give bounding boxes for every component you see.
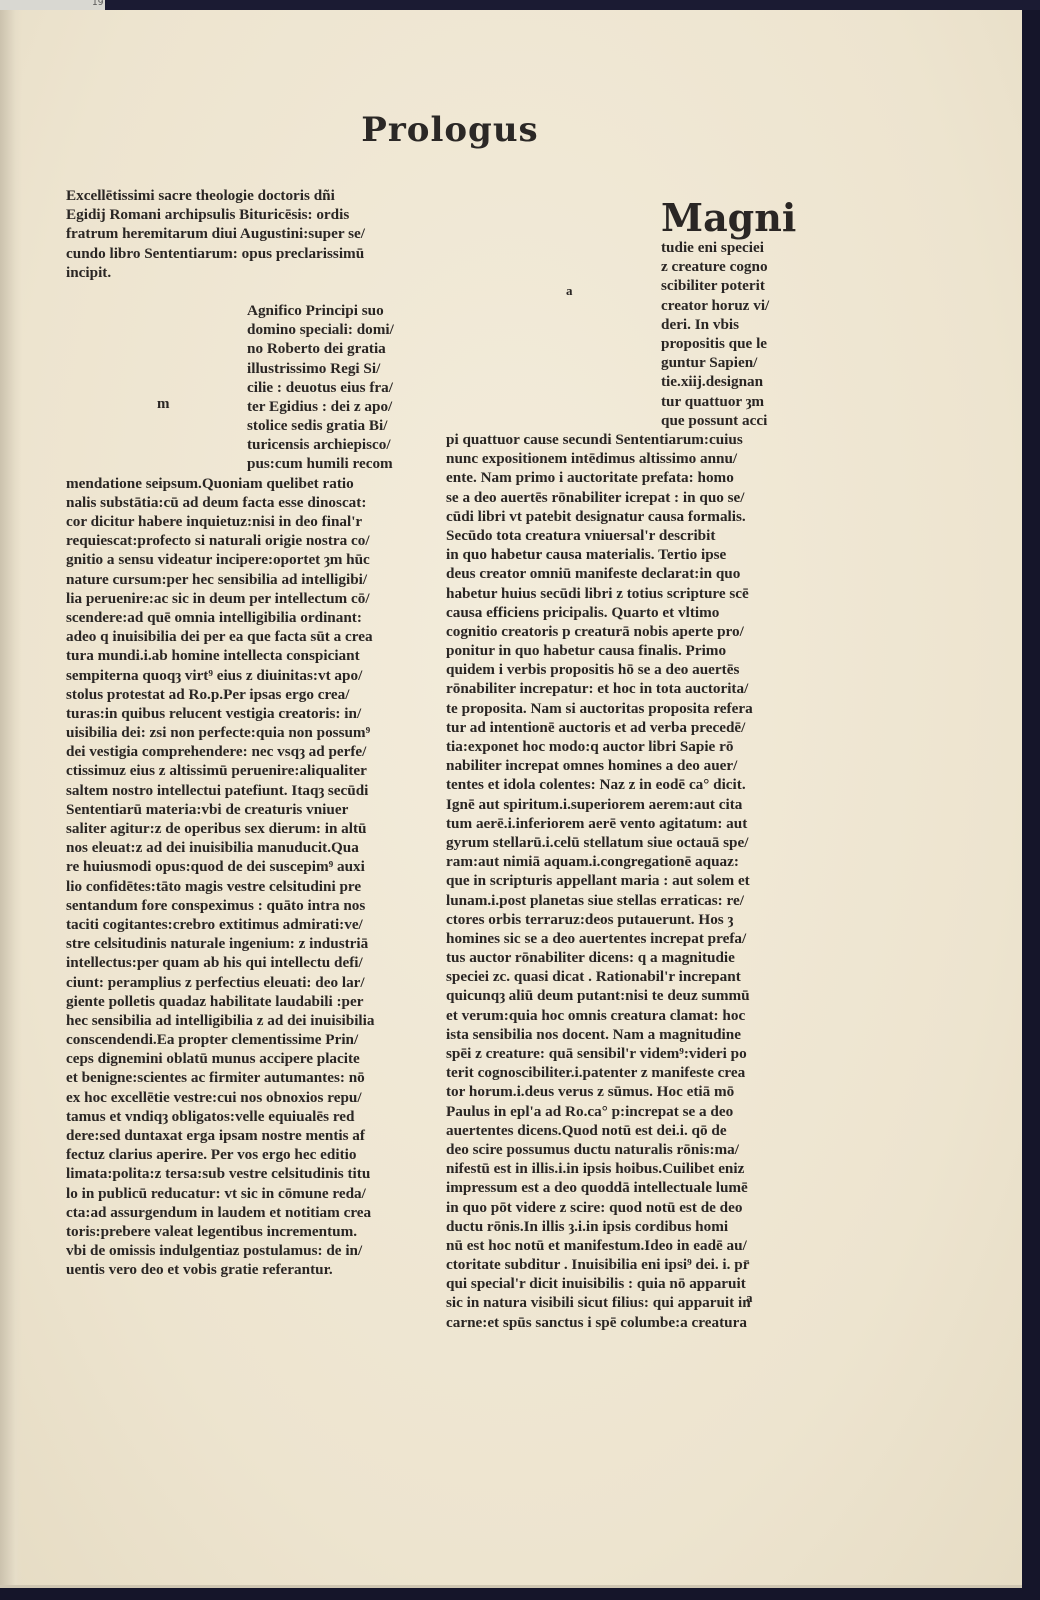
text-line: sempiterna quoqȝ virt⁹ eius z diuinitas:… xyxy=(66,666,394,685)
text-line: dei vestigia comprehendere: nec vsqȝ ad … xyxy=(66,742,394,761)
text-line: limata:polita:z tersa:sub vestre celsitu… xyxy=(66,1164,394,1183)
text-line: tentes et idola colentes: Naz z in eodē … xyxy=(446,775,753,794)
dedication-indented: Agnifico Principi suodomino speciali: do… xyxy=(66,301,394,474)
text-line: in quo pōt videre z scire: quod notū est… xyxy=(446,1198,753,1217)
text-line: Paulus in epl'a ad Ro.ca° p:increpat se … xyxy=(446,1102,753,1121)
left-column: Excellētissimi sacre theologie doctoris … xyxy=(66,186,394,1280)
text-line: conscendendi.Ea propter clementissime Pr… xyxy=(66,1030,394,1049)
text-line: Sententiarū materia:vbi de creaturis vni… xyxy=(66,800,394,819)
text-line: tum aerē.i.inferiorem aerē vento agitatu… xyxy=(446,814,753,833)
frame-number: 19 xyxy=(92,0,103,8)
text-line: domino speciali: domi/ xyxy=(66,320,394,339)
text-line: carne:et spūs sanctus i spē columbe:a cr… xyxy=(446,1313,753,1332)
text-line: adeo q inuisibilia dei per ea que facta … xyxy=(66,627,394,646)
text-line: Ignē aut spiritum.i.superiorem aerem:aut… xyxy=(446,795,753,814)
text-line: ram:aut nimiā aquam.i.congregationē aqua… xyxy=(446,852,753,871)
text-line: deus creator omniū manifeste declarat:in… xyxy=(446,564,753,583)
text-line: pi quattuor cause secundi Sententiarum:c… xyxy=(446,430,753,449)
text-line: ctores orbis terraruz:deos putauerunt. H… xyxy=(446,910,753,929)
text-line: fectuz clarius aperire. Per vos ergo hec… xyxy=(66,1145,394,1164)
text-line: te proposita. Nam si auctoritas proposit… xyxy=(446,699,753,718)
text-line: nifestū est in illis.i.in ipsis hoibus.C… xyxy=(446,1159,753,1178)
text-line: ceps dignemini oblatū munus accipere pla… xyxy=(66,1049,394,1068)
text-line: saliter agitur:z de operibus sex dierum:… xyxy=(66,819,394,838)
text-line: tie.xiij.designan xyxy=(661,372,796,391)
text-line: nabiliter increpat omnes homines a deo a… xyxy=(446,756,753,775)
text-line: tura mundi.i.ab homine intellecta conspi… xyxy=(66,646,394,665)
text-line: turas:in quibus relucent vestigia creato… xyxy=(66,704,394,723)
initial-word: Magni xyxy=(661,198,796,238)
text-line: et benigne:scientes ac firmiter autumant… xyxy=(66,1068,394,1087)
text-line: ista sensibilia nos docent. Nam a magnit… xyxy=(446,1025,753,1044)
text-line: ctissimuz eius z altissimū peruenire:ali… xyxy=(66,761,394,780)
text-line: quidem i verbis propositis hō se a deo a… xyxy=(446,660,753,679)
text-line: ductu rōnis.In illis ȝ.i.in ipsis cordib… xyxy=(446,1217,753,1236)
text-line: stolus protestat ad Ro.p.Per ipsas ergo … xyxy=(66,685,394,704)
scanner-top-strip: 19 xyxy=(0,0,1040,10)
text-line: nos eleuat:z ad dei inuisibilia manuduci… xyxy=(66,838,394,857)
text-line: nū est hoc notū et manifestum.Ideo in ea… xyxy=(446,1236,753,1255)
right-column-top: Magni tudie eni specieiz creature cognos… xyxy=(661,198,796,430)
text-line: no Roberto dei gratia xyxy=(66,339,394,358)
text-line: propositis que le xyxy=(661,334,796,353)
text-line: cilie : deuotus eius fra/ xyxy=(66,378,394,397)
text-line: nunc expositionem intēdimus altissimo an… xyxy=(446,449,753,468)
text-line: tur ad intentionē auctoris et ad verba p… xyxy=(446,718,753,737)
text-line: taciti cogitantes:crebro extitimus admir… xyxy=(66,915,394,934)
text-line: vbi de omissis indulgentiaz postulamus: … xyxy=(66,1241,394,1260)
text-line: ter Egidius : dei z apo/ xyxy=(66,397,394,416)
text-line: que possunt acci xyxy=(661,411,796,430)
text-line: uentis vero deo et vobis gratie referant… xyxy=(66,1260,394,1279)
text-line: tamus et vndiqȝ obligatos:velle equiualē… xyxy=(66,1107,394,1126)
text-line: scendere:ad quē omnia intelligibilia ord… xyxy=(66,608,394,627)
text-line: tor horum.i.deus verus z sūmus. Hoc etiā… xyxy=(446,1082,753,1101)
text-line: Egidij Romani archipsulis Bituricēsis: o… xyxy=(66,205,394,224)
text-line: cor dicitur habere inquietuz:nisi in deo… xyxy=(66,512,394,531)
text-line: deri. In vbis xyxy=(661,315,796,334)
text-line: lunam.i.post planetas siue stellas errat… xyxy=(446,891,753,910)
text-line: Agnifico Principi suo xyxy=(66,301,394,320)
running-title: Prologus xyxy=(0,110,900,150)
text-line: requiescat:profecto si naturali origie n… xyxy=(66,531,394,550)
text-line: sic in natura visibili sicut filius: qui… xyxy=(446,1293,753,1312)
text-line: impressum est a deo quoddā intellectuale… xyxy=(446,1178,753,1197)
guide-letter-a: a xyxy=(566,283,573,299)
text-line: ponitur in quo habetur causa finalis. Pr… xyxy=(446,641,753,660)
text-line: se a deo auertēs rōnabiliter icrepat : i… xyxy=(446,488,753,507)
signature-mark: a xyxy=(746,1290,753,1306)
text-line: re huiusmodi opus:quod de dei suscepim⁹ … xyxy=(66,857,394,876)
right-body-text: pi quattuor cause secundi Sententiarum:c… xyxy=(446,430,753,1332)
text-line: creator horuz vi/ xyxy=(661,296,796,315)
calibration-strip xyxy=(0,0,105,10)
text-line: fratrum heremitarum diui Augustini:super… xyxy=(66,224,394,243)
text-line: illustrissimo Regi Si/ xyxy=(66,359,394,378)
text-line: ente. Nam primo i auctoritate prefata: h… xyxy=(446,468,753,487)
text-line: rōnabiliter increpatur: et hoc in tota a… xyxy=(446,679,753,698)
text-line: ex hoc excellētie vestre:cui nos obnoxio… xyxy=(66,1088,394,1107)
text-line: in quo habetur causa materialis. Tertio … xyxy=(446,545,753,564)
text-line: saltem nostro intellectui patefiunt. Ita… xyxy=(66,781,394,800)
text-line: habetur huius secūdi libri z totius scri… xyxy=(446,584,753,603)
text-line: terit cognoscibiliter.i.patenter z manif… xyxy=(446,1063,753,1082)
text-line: dere:sed duntaxat erga ipsam nostre ment… xyxy=(66,1126,394,1145)
text-line: auertentes dicens.Quod notū est dei.i. q… xyxy=(446,1121,753,1140)
text-line: incipit. xyxy=(66,263,394,282)
text-line: que in scripturis appellant maria : aut … xyxy=(446,871,753,890)
text-line: z creature cogno xyxy=(661,257,796,276)
text-line: deo scire possumus ductu naturalis rōnis… xyxy=(446,1140,753,1159)
text-line: stolice sedis gratia Bi/ xyxy=(66,416,394,435)
text-line: tur quattuor ȝm xyxy=(661,392,796,411)
text-line: stre celsitudinis naturale ingenium: z i… xyxy=(66,934,394,953)
text-line: cundo libro Sententiarum: opus preclaris… xyxy=(66,244,394,263)
text-line: hec sensibilia ad intelligibilia z ad de… xyxy=(66,1011,394,1030)
text-line: lia peruenire:ac sic in deum per intelle… xyxy=(66,589,394,608)
text-line: Excellētissimi sacre theologie doctoris … xyxy=(66,186,394,205)
text-line: guntur Sapien/ xyxy=(661,353,796,372)
text-line: cognitio creatoris p creaturā nobis aper… xyxy=(446,622,753,641)
text-line: lo in publicū reducatur: vt sic in cōmun… xyxy=(66,1184,394,1203)
text-line: Secūdo tota creatura vniuersal'r describ… xyxy=(446,526,753,545)
text-line: tia:exponet hoc modo:q auctor libri Sapi… xyxy=(446,737,753,756)
text-line: ciunt: peramplius z perfectius eleuati: … xyxy=(66,973,394,992)
right-narrow-lines: tudie eni specieiz creature cognoscibili… xyxy=(661,238,796,430)
text-line: quicunqȝ aliū deum putant:nisi te deuz s… xyxy=(446,986,753,1005)
book-page: Prologus Excellētissimi sacre theologie … xyxy=(0,10,1022,1588)
text-line: et verum:quia hoc omnis creatura clamat:… xyxy=(446,1006,753,1025)
text-line: mendatione seipsum.Quoniam quelibet rati… xyxy=(66,474,394,493)
right-column-body: pi quattuor cause secundi Sententiarum:c… xyxy=(446,430,753,1332)
text-line: nalis substātia:cū ad deum facta esse di… xyxy=(66,493,394,512)
text-line: turicensis archiepisco/ xyxy=(66,435,394,454)
text-line: tudie eni speciei xyxy=(661,238,796,257)
text-line: ctoritate subditur . Inuisibilia eni ips… xyxy=(446,1255,753,1274)
text-line: intellectus:per quam ab his qui intellec… xyxy=(66,953,394,972)
text-line: cūdi libri vt patebit designatur causa f… xyxy=(446,507,753,526)
text-line: speciei zc. quasi dicat . Rationabil'r i… xyxy=(446,967,753,986)
text-line: nature cursum:per hec sensibilia ad inte… xyxy=(66,570,394,589)
text-line: lio confidētes:tāto magis vestre celsitu… xyxy=(66,877,394,896)
text-line: causa efficiens pricipalis. Quarto et vl… xyxy=(446,603,753,622)
text-line: gyrum stellarū.i.celū stellatum siue oct… xyxy=(446,833,753,852)
text-line: spēi z creature: quā sensibil'r videm⁹:v… xyxy=(446,1044,753,1063)
text-line: sentandum fore conspeximus : quāto intra… xyxy=(66,896,394,915)
incipit-heading: Excellētissimi sacre theologie doctoris … xyxy=(66,186,394,282)
text-line: toris:prebere valeat legentibus incremen… xyxy=(66,1222,394,1241)
text-line: cta:ad assurgendum in laudem et notitiam… xyxy=(66,1203,394,1222)
text-line: giente polletis quadaz habilitate laudab… xyxy=(66,992,394,1011)
text-line: uisibilia dei: zsi non perfecte:quia non… xyxy=(66,723,394,742)
text-line: gnitio a sensu videatur incipere:oportet… xyxy=(66,550,394,569)
text-line: homines sic se a deo auertentes increpat… xyxy=(446,929,753,948)
guide-letter-m: m xyxy=(157,396,170,413)
text-line: tus auctor rōnabiliter dicens: q a magni… xyxy=(446,948,753,967)
text-line: qui special'r dicit inuisibilis : quia n… xyxy=(446,1274,753,1293)
text-line: pus:cum humili recom xyxy=(66,454,394,473)
left-body-text: mendatione seipsum.Quoniam quelibet rati… xyxy=(66,474,394,1280)
text-line: scibiliter poterit xyxy=(661,276,796,295)
